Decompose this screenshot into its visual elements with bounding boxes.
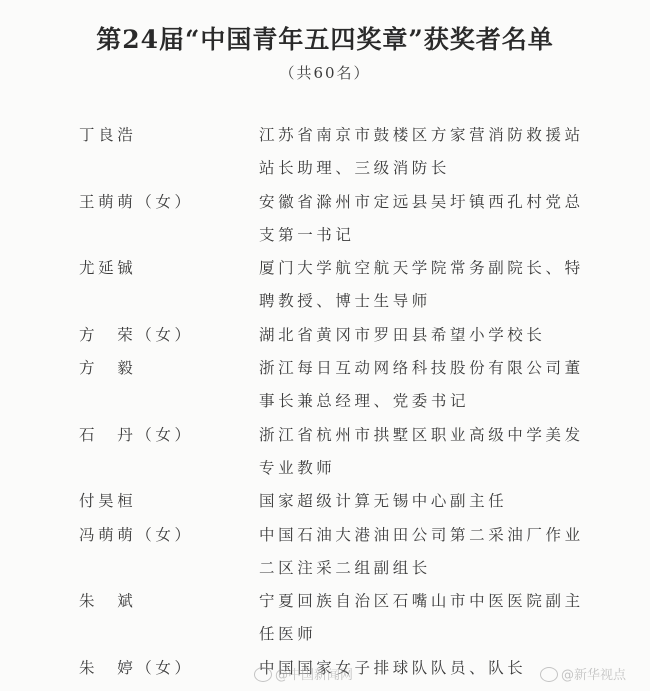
awardee-name: 冯萌萌（女） bbox=[79, 524, 194, 546]
watermark-chinanews: @中国新闻网 bbox=[254, 664, 353, 683]
awardee-description: 江苏省南京市鼓楼区方家营消防救援站 bbox=[259, 124, 650, 157]
awardee-description: 二区注采二组副组长 bbox=[259, 557, 650, 590]
awardee-description: 聘教授、博士生导师 bbox=[259, 290, 650, 323]
awardee-description: 站长助理、三级消防长 bbox=[259, 157, 650, 190]
awardee-name: 付昊桓 bbox=[79, 490, 136, 512]
awardee-name: 朱 婷（女） bbox=[79, 657, 194, 679]
awardee-name: 石 丹（女） bbox=[79, 424, 194, 446]
list-item: 丁良浩江苏省南京市鼓楼区方家营消防救援站站长助理、三级消防长 bbox=[0, 124, 650, 191]
list-item: 冯萌萌（女）中国石油大港油田公司第二采油厂作业二区注采二组副组长 bbox=[0, 524, 650, 591]
watermark-text: @新华视点 bbox=[561, 668, 626, 683]
awardee-name: 方 毅 bbox=[79, 357, 136, 379]
awardee-description: 湖北省黄冈市罗田县希望小学校长 bbox=[259, 324, 650, 357]
awardee-description: 任医师 bbox=[259, 623, 650, 656]
document-title: 第24届“中国青年五四奖章”获奖者名单 bbox=[0, 20, 650, 56]
awardee-description: 中国石油大港油田公司第二采油厂作业 bbox=[259, 524, 650, 557]
awardee-name: 尤延铖 bbox=[79, 257, 136, 279]
awardee-description: 厦门大学航空航天学院常务副院长、特 bbox=[259, 257, 650, 290]
list-item: 方 荣（女）湖北省黄冈市罗田县希望小学校长 bbox=[0, 324, 650, 357]
awardee-description: 安徽省滁州市定远县吴圩镇西孔村党总 bbox=[259, 191, 650, 224]
awardee-description: 专业教师 bbox=[259, 457, 650, 490]
awardee-description: 国家超级计算无锡中心副主任 bbox=[259, 490, 650, 523]
list-item: 方 毅浙江每日互动网络科技股份有限公司董事长兼总经理、党委书记 bbox=[0, 357, 650, 424]
watermark-xinhua: @新华视点 bbox=[540, 664, 626, 683]
list-item: 王萌萌（女）安徽省滁州市定远县吴圩镇西孔村党总支第一书记 bbox=[0, 191, 650, 258]
watermark-text: @中国新闻网 bbox=[275, 668, 353, 683]
list-item: 石 丹（女）浙江省杭州市拱墅区职业高级中学美发专业教师 bbox=[0, 424, 650, 491]
awardee-description: 宁夏回族自治区石嘴山市中医医院副主 bbox=[259, 590, 650, 623]
list-item: 付昊桓国家超级计算无锡中心副主任 bbox=[0, 490, 650, 523]
list-item: 尤延铖厦门大学航空航天学院常务副院长、特聘教授、博士生导师 bbox=[0, 257, 650, 324]
awardee-description: 浙江每日互动网络科技股份有限公司董 bbox=[259, 357, 650, 390]
awardee-description: 浙江省杭州市拱墅区职业高级中学美发 bbox=[259, 424, 650, 457]
document-subtitle: （共60名） bbox=[0, 62, 650, 83]
awardee-name: 丁良浩 bbox=[79, 124, 136, 146]
awardee-list: 丁良浩江苏省南京市鼓楼区方家营消防救援站站长助理、三级消防长王萌萌（女）安徽省滁… bbox=[0, 124, 650, 690]
awardee-name: 朱 斌 bbox=[79, 590, 136, 612]
weibo-icon bbox=[254, 667, 272, 682]
awardee-name: 方 荣（女） bbox=[79, 324, 194, 346]
list-item: 朱 斌宁夏回族自治区石嘴山市中医医院副主任医师 bbox=[0, 590, 650, 657]
awardee-description: 事长兼总经理、党委书记 bbox=[259, 390, 650, 423]
awardee-description: 支第一书记 bbox=[259, 224, 650, 257]
weibo-icon bbox=[540, 667, 558, 682]
awardee-name: 王萌萌（女） bbox=[79, 191, 194, 213]
